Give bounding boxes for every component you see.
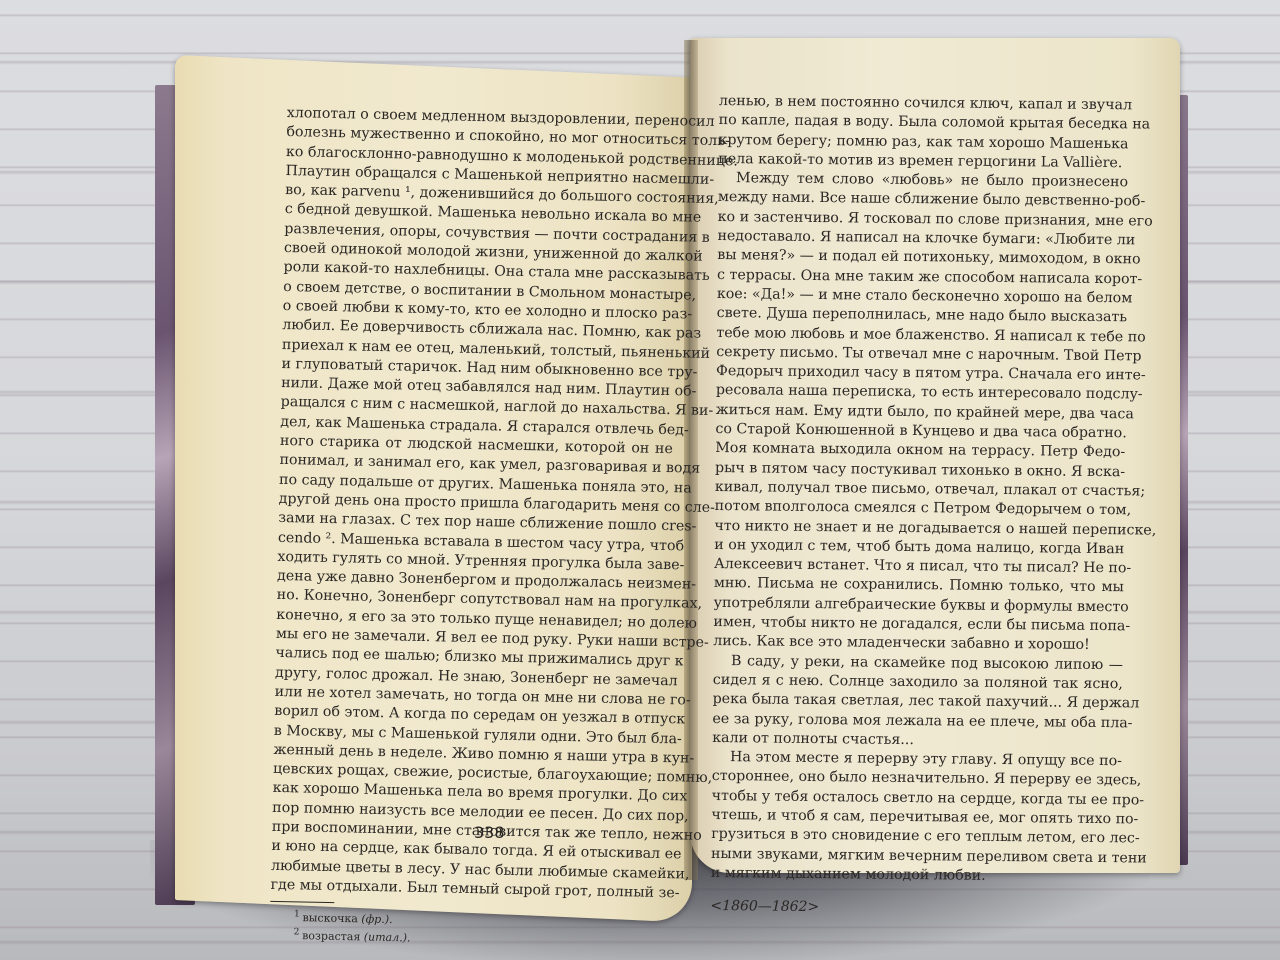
page-number: 338 [474,823,505,842]
footnote-language: (фр.). [361,913,392,927]
footnote-mark: 1 [294,909,303,919]
footnote-language: (итал.). [364,930,411,944]
footnote-mark: 2 [294,927,303,937]
footnote-text: выскочка [302,911,361,925]
footnote-text: возрастая [302,929,364,943]
footnote-divider [270,901,334,903]
right-page-text: ленью, в нем постоянно сочился ключ, кап… [710,92,1129,921]
